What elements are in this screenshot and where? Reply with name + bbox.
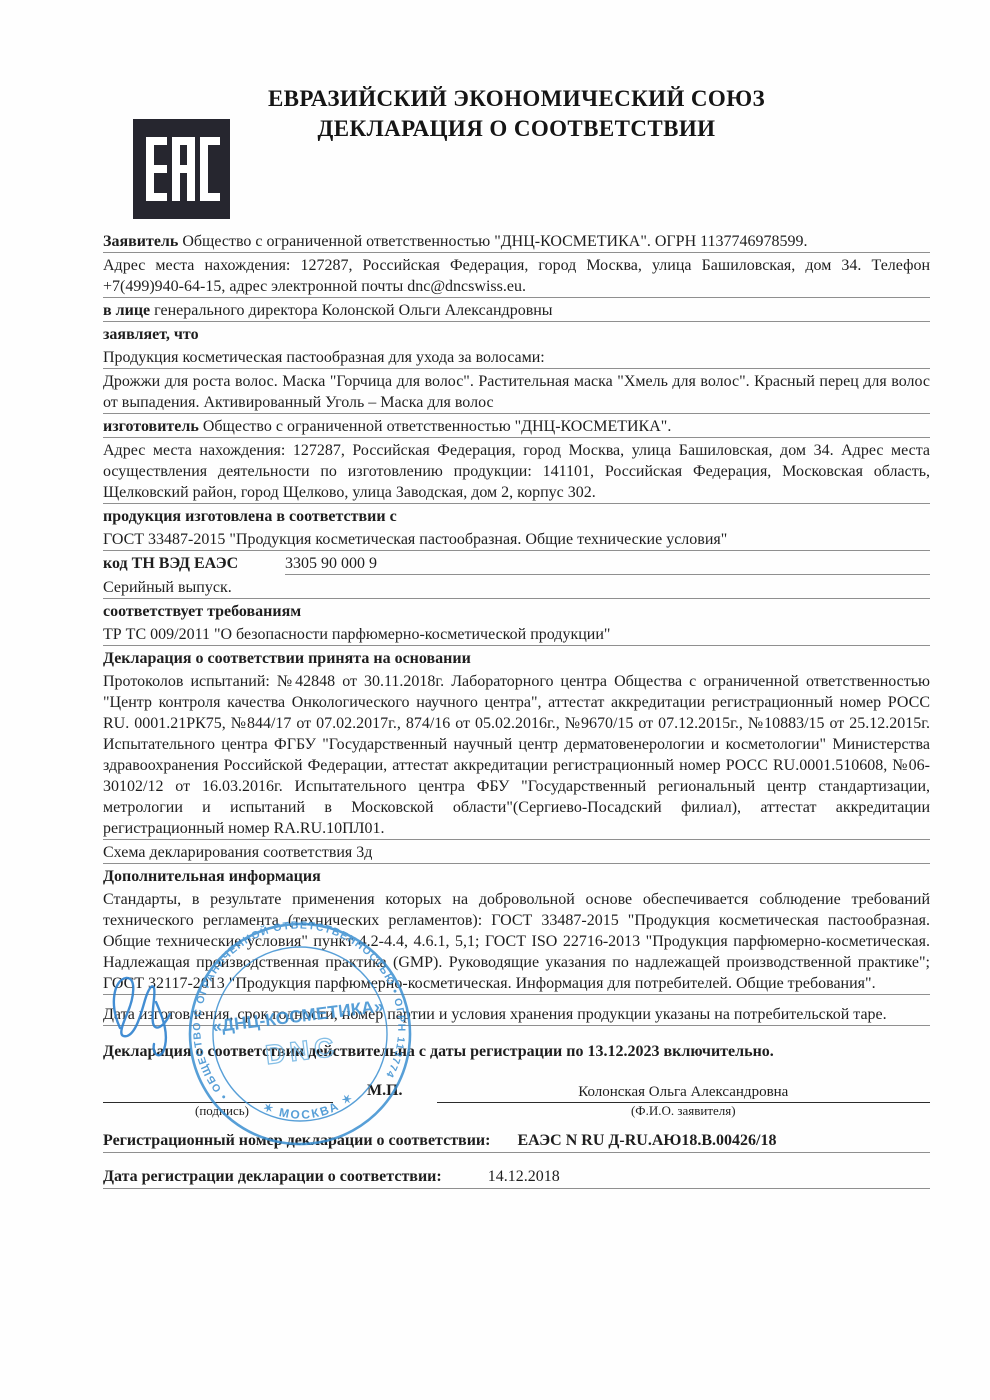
tnved-value: 3305 90 000 9	[285, 553, 930, 575]
complies-heading: соответствует требованиям	[103, 601, 930, 622]
registration-number-row: Регистрационный номер декларации о соотв…	[103, 1130, 930, 1153]
document-body: Заявитель Общество с ограниченной ответс…	[103, 231, 930, 1191]
in-person-label: в лице	[103, 302, 150, 319]
in-person-row: в лице генерального директора Колонской …	[103, 300, 930, 322]
registration-date-row: Дата регистрации декларации о соответств…	[103, 1166, 930, 1189]
manufacturer-text: Общество с ограниченной ответственностью…	[203, 418, 672, 435]
applicant-address-row: Адрес места нахождения: 127287, Российск…	[103, 255, 930, 298]
serial-row: Серийный выпуск.	[103, 577, 930, 599]
declares-heading: заявляет, что	[103, 324, 930, 345]
document-title: ЕВРАЗИЙСКИЙ ЭКОНОМИЧЕСКИЙ СОЮЗ ДЕКЛАРАЦИ…	[103, 84, 930, 144]
signature-caption: (подпись)	[195, 1103, 333, 1119]
signature-line	[103, 1076, 333, 1103]
fio-name: Колонская Ольга Александровна	[437, 1082, 930, 1103]
title-declaration: ДЕКЛАРАЦИЯ О СООТВЕТСТВИИ	[103, 114, 930, 144]
signature-area: (подпись)	[103, 1076, 333, 1119]
made-according-heading: продукция изготовлена в соответствии с	[103, 506, 930, 527]
signature-block: (подпись) М.П. Колонская Ольга Александр…	[103, 1076, 930, 1119]
product-list-row: Дрожжи для роста волос. Маска "Горчица д…	[103, 371, 930, 414]
in-person-text: генерального директора Колонской Ольги А…	[154, 302, 552, 319]
declaration-document: ЕВРАЗИЙСКИЙ ЭКОНОМИЧЕСКИЙ СОЮЗ ДЕКЛАРАЦИ…	[0, 0, 990, 1400]
product-intro-row: Продукция косметическая пастообразная дл…	[103, 347, 930, 369]
applicant-row: Заявитель Общество с ограниченной ответс…	[103, 231, 930, 253]
stamp-place-label: М.П.	[367, 1080, 403, 1101]
title-union: ЕВРАЗИЙСКИЙ ЭКОНОМИЧЕСКИЙ СОЮЗ	[103, 84, 930, 114]
fio-caption: (Ф.И.О. заявителя)	[437, 1103, 930, 1119]
scheme-row: Схема декларирования соответствия 3д	[103, 842, 930, 864]
basis-heading: Декларация о соответствии принята на осн…	[103, 648, 930, 669]
gost-row: ГОСТ 33487-2015 "Продукция косметическая…	[103, 529, 930, 551]
manufacturer-address-row: Адрес места нахождения: 127287, Российск…	[103, 440, 930, 504]
registration-date-value: 14.12.2018	[488, 1166, 560, 1187]
tr-ts-row: ТР ТС 009/2011 "О безопасности парфюмерн…	[103, 624, 930, 646]
fio-area: Колонская Ольга Александровна (Ф.И.О. за…	[437, 1082, 930, 1119]
registration-date-label: Дата регистрации декларации о соответств…	[103, 1166, 442, 1187]
validity-row: Декларация о соответствии действительна …	[103, 1041, 930, 1062]
manufacturer-label: изготовитель	[103, 418, 199, 435]
manufacturer-row: изготовитель Общество с ограниченной отв…	[103, 416, 930, 438]
tnved-row: код ТН ВЭД ЕАЭС 3305 90 000 9	[103, 553, 930, 575]
applicant-text: Общество с ограниченной ответственностью…	[182, 233, 807, 250]
additional-heading: Дополнительная информация	[103, 866, 930, 887]
basis-text-row: Протоколов испытаний: №42848 от 30.11.20…	[103, 671, 930, 840]
registration-number-label: Регистрационный номер декларации о соотв…	[103, 1130, 490, 1151]
registration-number-value: ЕАЭС N RU Д-RU.АЮ18.В.00426/18	[517, 1130, 776, 1151]
additional-text-row: Стандарты, в результате применения котор…	[103, 889, 930, 995]
storage-row: Дата изготовления, срок годности, номер …	[103, 1004, 930, 1026]
tnved-label: код ТН ВЭД ЕАЭС	[103, 553, 285, 574]
applicant-label: Заявитель	[103, 233, 178, 250]
